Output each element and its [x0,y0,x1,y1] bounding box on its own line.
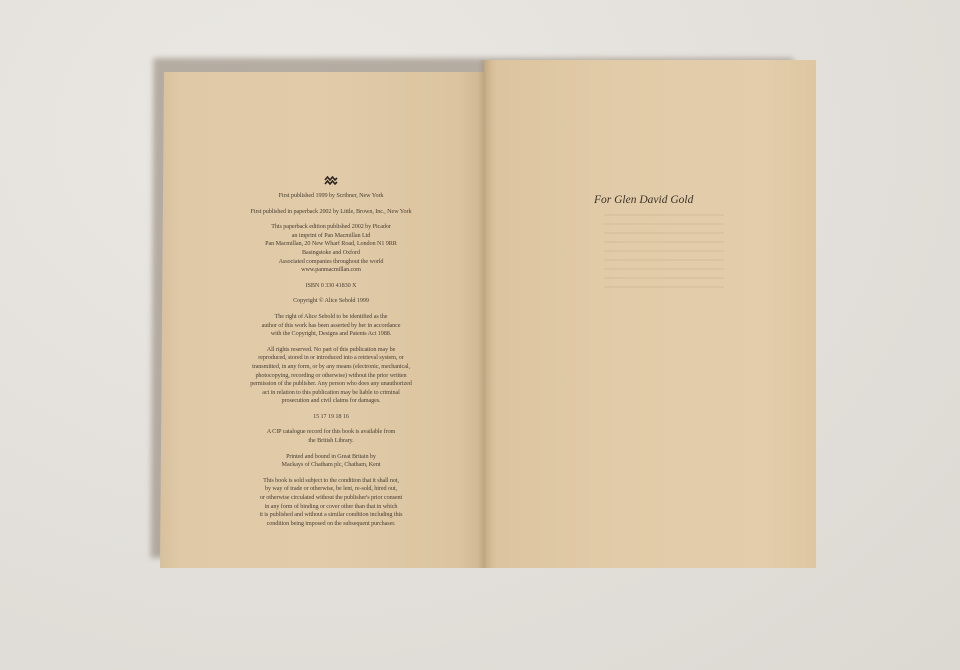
copyright-line: Associated companies throughout the worl… [220,258,442,267]
copyright-line: All rights reserved. No part of this pub… [220,346,442,355]
copyright-line: prosecution and civil claims for damages… [220,397,442,406]
publisher-logo-icon [324,176,338,186]
copyright-line: ISBN 0 330 41830 X [220,282,442,291]
copyright-paragraph: A CIP catalogue record for this book is … [220,428,442,445]
left-page-copyright: First published 1999 by Scribner, New Yo… [160,72,484,568]
right-page-dedication: For Glen David Gold [484,60,816,568]
copyright-line: in any form of binding or cover other th… [220,503,442,512]
copyright-line: Printed and bound in Great Britain by [220,453,442,462]
copyright-paragraph: First published in paperback 2002 by Lit… [220,208,442,217]
copyright-line: act in relation to this publication may … [220,389,442,398]
copyright-line: This book is sold subject to the conditi… [220,477,442,486]
copyright-line: or otherwise circulated without the publ… [220,494,442,503]
copyright-line: First published 1999 by Scribner, New Yo… [220,192,442,201]
copyright-line: www.panmacmillan.com [220,266,442,275]
copyright-line: A CIP catalogue record for this book is … [220,428,442,437]
copyright-line: it is published and without a similar co… [220,511,442,520]
copyright-text-block: First published 1999 by Scribner, New Yo… [220,176,442,535]
copyright-line: permission of the publisher. Any person … [220,380,442,389]
copyright-paragraph: This book is sold subject to the conditi… [220,477,442,529]
copyright-paragraph: ISBN 0 330 41830 X [220,282,442,291]
copyright-line: Basingstoke and Oxford [220,249,442,258]
bleed-through-text [604,208,724,288]
copyright-paragraph: Copyright © Alice Sebold 1999 [220,297,442,306]
copyright-line: transmitted, in any form, or by any mean… [220,363,442,372]
copyright-line: photocopying, recording or otherwise) wi… [220,372,442,381]
copyright-line: First published in paperback 2002 by Lit… [220,208,442,217]
copyright-line: Mackays of Chatham plc, Chatham, Kent [220,461,442,470]
copyright-line: by way of trade or otherwise, be lent, r… [220,485,442,494]
copyright-paragraph: The right of Alice Sebold to be identifi… [220,313,442,339]
copyright-paragraph: All rights reserved. No part of this pub… [220,346,442,406]
copyright-line: an imprint of Pan Macmillan Ltd [220,232,442,241]
dedication-text: For Glen David Gold [594,194,693,206]
copyright-line: author of this work has been asserted by… [220,322,442,331]
copyright-line: condition being imposed on the subsequen… [220,520,442,529]
open-book: First published 1999 by Scribner, New Yo… [160,56,816,568]
copyright-line: Copyright © Alice Sebold 1999 [220,297,442,306]
copyright-line: 15 17 19 18 16 [220,413,442,422]
copyright-line: Pan Macmillan, 20 New Wharf Road, London… [220,240,442,249]
copyright-paragraph: First published 1999 by Scribner, New Yo… [220,192,442,201]
copyright-paragraph: This paperback edition published 2002 by… [220,223,442,275]
copyright-line: This paperback edition published 2002 by… [220,223,442,232]
copyright-paragraph: Printed and bound in Great Britain byMac… [220,453,442,470]
copyright-line: with the Copyright, Designs and Patents … [220,330,442,339]
copyright-line: The right of Alice Sebold to be identifi… [220,313,442,322]
copyright-line: the British Library. [220,437,442,446]
copyright-line: reproduced, stored in or introduced into… [220,354,442,363]
copyright-paragraph: 15 17 19 18 16 [220,413,442,422]
